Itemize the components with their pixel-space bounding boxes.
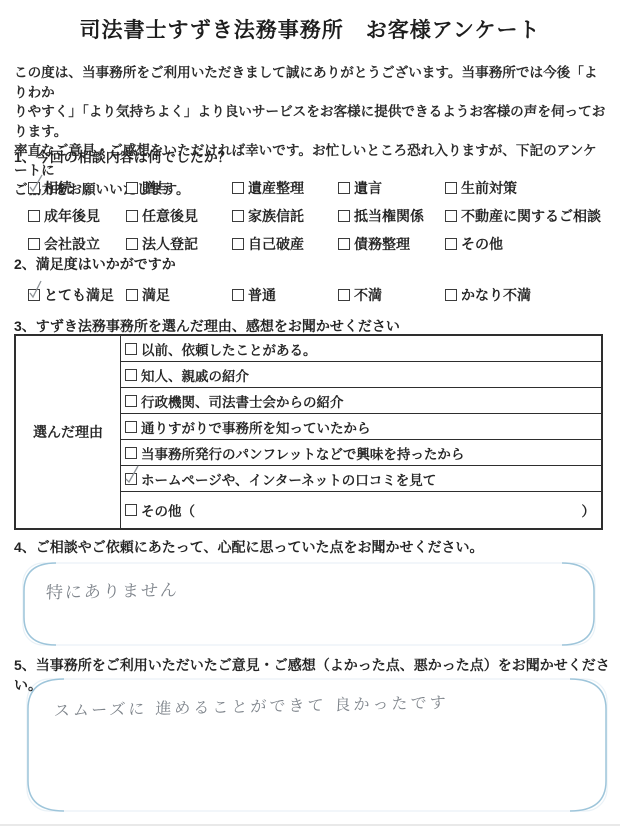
- checkbox[interactable]: [445, 238, 457, 250]
- checkbox[interactable]: [232, 210, 244, 222]
- option-label: 家族信託: [248, 206, 304, 226]
- row-label: 通りすがりで事務所を知っていたから: [141, 417, 371, 437]
- question-2: 2、満足度はいかがですか とても満足 満足 普通 不満 かなり不満: [14, 254, 608, 309]
- q1-option-jikohasan[interactable]: 自己破産: [232, 234, 338, 254]
- checkbox[interactable]: [125, 421, 137, 433]
- checkbox[interactable]: [125, 473, 137, 485]
- option-label: とても満足: [44, 285, 114, 305]
- question-1: 1、今回の相談内容は何でしたか？ 相続 贈与 遺産整理 遺言 生前対策: [14, 147, 608, 258]
- row-label: 行政機関、司法書士会からの紹介: [141, 391, 344, 411]
- q1-option-sonota[interactable]: その他: [445, 234, 608, 254]
- scan-page-edge: [0, 824, 620, 826]
- option-label: 成年後見: [44, 206, 100, 226]
- q1-row-1: 相続 贈与 遺産整理 遺言 生前対策: [14, 174, 608, 202]
- q3-row-chijin[interactable]: 知人、親戚の紹介: [121, 362, 601, 388]
- q1-option-houjintouki[interactable]: 法人登記: [126, 234, 232, 254]
- q1-option-kaishasetsuritsu[interactable]: 会社設立: [28, 234, 126, 254]
- q3-row-toorisugari[interactable]: 通りすがりで事務所を知っていたから: [121, 414, 601, 440]
- q3-rows: 以前、依頼したことがある。 知人、親戚の紹介 行政機関、司法書士会からの紹介 通…: [121, 336, 601, 528]
- checkbox[interactable]: [125, 504, 137, 516]
- q2-option-futsuu[interactable]: 普通: [232, 285, 338, 305]
- checkbox[interactable]: [338, 210, 350, 222]
- q2-option-totemomanzoku[interactable]: とても満足: [28, 285, 126, 305]
- q1-option-kazokushintaku[interactable]: 家族信託: [232, 206, 338, 226]
- q2-option-fuman[interactable]: 不満: [338, 285, 445, 305]
- checkbox[interactable]: [125, 369, 137, 381]
- row-label: 以前、依頼したことがある。: [141, 339, 317, 359]
- q1-option-isanseiri[interactable]: 遺産整理: [232, 178, 338, 198]
- question-4: 4、ご相談やご依頼にあたって、心配に思っていた点をお聞かせください。: [14, 537, 608, 564]
- q1-option-fudousan[interactable]: 不動産に関するご相談: [445, 206, 608, 226]
- checkbox[interactable]: [126, 210, 138, 222]
- q1-option-ninikouken[interactable]: 任意後見: [126, 206, 232, 226]
- checkbox[interactable]: [125, 447, 137, 459]
- q3-row-izen[interactable]: 以前、依頼したことがある。: [121, 336, 601, 362]
- q4-answer-box[interactable]: [20, 561, 598, 647]
- intro-line: この度は、当事務所をご利用いただきまして誠にありがとうございます。当事務所では今…: [14, 63, 608, 102]
- survey-page: 司法書士すずき法務事務所 お客様アンケート この度は、当事務所をご利用いただきま…: [0, 0, 620, 830]
- page-title: 司法書士すずき法務事務所 お客様アンケート: [0, 14, 620, 44]
- option-label: 抵当権関係: [354, 206, 424, 226]
- option-label: 会社設立: [44, 234, 100, 254]
- option-label: 自己破産: [248, 234, 304, 254]
- q1-option-seizentaisaku[interactable]: 生前対策: [445, 178, 608, 198]
- q4-label: 4、ご相談やご依頼にあたって、心配に思っていた点をお聞かせください。: [14, 537, 608, 557]
- q3-label: 3、すずき法務事務所を選んだ理由、感想をお聞かせください: [14, 316, 608, 336]
- option-label: 贈与: [142, 178, 170, 198]
- q1-option-teitouken[interactable]: 抵当権関係: [338, 206, 445, 226]
- option-label: 不満: [354, 285, 382, 305]
- q2-option-manzoku[interactable]: 満足: [126, 285, 232, 305]
- checkbox[interactable]: [28, 182, 40, 194]
- row-label: 当事務所発行のパンフレットなどで興味を持ったから: [141, 443, 464, 463]
- option-label: その他: [461, 234, 503, 254]
- checkbox[interactable]: [445, 289, 457, 301]
- q2-row: とても満足 満足 普通 不満 かなり不満: [14, 281, 608, 309]
- option-label: 満足: [142, 285, 170, 305]
- q3-row-gyousei[interactable]: 行政機関、司法書士会からの紹介: [121, 388, 601, 414]
- checkbox[interactable]: [338, 182, 350, 194]
- row-label: ホームページや、インターネットの口コミを見て: [141, 469, 436, 489]
- q1-option-seinenkouken[interactable]: 成年後見: [28, 206, 126, 226]
- checkbox[interactable]: [338, 289, 350, 301]
- option-label: 任意後見: [142, 206, 198, 226]
- q3-row-header: 選んだ理由: [16, 336, 121, 528]
- checkbox[interactable]: [126, 289, 138, 301]
- option-label: 遺産整理: [248, 178, 304, 198]
- handwritten-check-icon: [124, 465, 140, 485]
- checkbox[interactable]: [232, 182, 244, 194]
- checkbox[interactable]: [445, 182, 457, 194]
- option-label: 法人登記: [142, 234, 198, 254]
- row-label: 知人、親戚の紹介: [141, 365, 249, 385]
- q3-row-sonota[interactable]: その他（ ）: [121, 492, 601, 528]
- q1-option-saimuseiri[interactable]: 債務整理: [338, 234, 445, 254]
- q3-reason-table: 選んだ理由 以前、依頼したことがある。 知人、親戚の紹介 行政機関、司法書士会か…: [14, 334, 603, 530]
- checkbox[interactable]: [125, 343, 137, 355]
- checkbox[interactable]: [28, 289, 40, 301]
- option-label: 生前対策: [461, 178, 517, 198]
- q2-label: 2、満足度はいかがですか: [14, 254, 608, 274]
- q4-handwritten-answer: 特にありません: [45, 576, 179, 604]
- q1-option-souzoku[interactable]: 相続: [28, 178, 126, 198]
- checkbox[interactable]: [28, 238, 40, 250]
- checkbox[interactable]: [338, 238, 350, 250]
- option-label: 債務整理: [354, 234, 410, 254]
- handwritten-check-icon: [27, 174, 43, 194]
- checkbox[interactable]: [445, 210, 457, 222]
- rounded-bracket-frame: [20, 561, 598, 647]
- q1-option-zouyo[interactable]: 贈与: [126, 178, 232, 198]
- q3-row-homepage[interactable]: ホームページや、インターネットの口コミを見て: [121, 466, 601, 492]
- q2-option-kanarifuman[interactable]: かなり不満: [445, 285, 608, 305]
- row-label: その他（: [141, 500, 195, 520]
- q1-option-yuigon[interactable]: 遺言: [338, 178, 445, 198]
- checkbox[interactable]: [232, 289, 244, 301]
- option-label: 普通: [248, 285, 276, 305]
- intro-line: りやすく」「より気持ちよく」より良いサービスをお客様に提供できるようお客様の声を…: [14, 102, 608, 141]
- handwritten-check-icon: [27, 281, 43, 301]
- closing-paren: ）: [582, 500, 596, 520]
- q3-row-pamphlet[interactable]: 当事務所発行のパンフレットなどで興味を持ったから: [121, 440, 601, 466]
- checkbox[interactable]: [232, 238, 244, 250]
- q1-label: 1、今回の相談内容は何でしたか？: [14, 147, 608, 167]
- q1-row-2: 成年後見 任意後見 家族信託 抵当権関係 不動産に関するご相談: [14, 202, 608, 230]
- checkbox[interactable]: [126, 238, 138, 250]
- option-label: 相続: [44, 178, 72, 198]
- option-label: 遺言: [354, 178, 382, 198]
- option-label: かなり不満: [461, 285, 531, 305]
- checkbox[interactable]: [126, 182, 138, 194]
- checkbox[interactable]: [28, 210, 40, 222]
- checkbox[interactable]: [125, 395, 137, 407]
- option-label: 不動産に関するご相談: [461, 206, 601, 226]
